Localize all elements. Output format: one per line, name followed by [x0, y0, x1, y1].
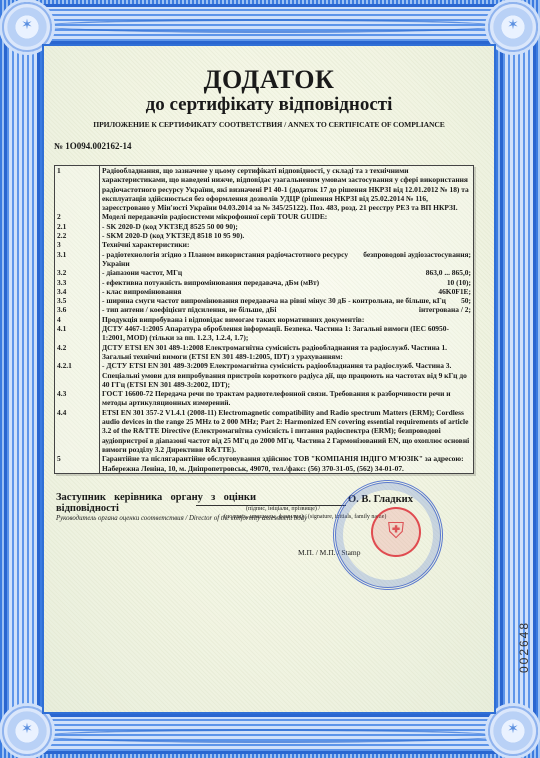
document-subtitle: до сертифікату відповідності: [56, 94, 482, 116]
row-text: - діапазони частот, МГц863,0 ... 865,0;: [100, 268, 474, 277]
table-row: 5Гарантійне та післягарантійне обслугову…: [55, 454, 474, 473]
row-number: 3: [55, 240, 100, 249]
row-value: інтегрована / 2;: [419, 305, 471, 314]
row-text: Технічні характеристики:: [100, 240, 474, 249]
row-text: ДСТУ 4467-1:2005 Апаратура оброблення ін…: [100, 324, 474, 343]
table-row: 3.4- клас випромінювання46K0F1E;: [55, 287, 474, 296]
ornament-band-left: [4, 40, 40, 718]
row-number: 2: [55, 212, 100, 221]
table-row: 2.2- SKM 2020-D (код УКТЗЕД 8518 10 95 9…: [55, 231, 474, 240]
table-row: 3.3- ефективна потужність випромінювання…: [55, 278, 474, 287]
row-value: 46K0F1E;: [438, 287, 471, 296]
row-number: 4.1: [55, 324, 100, 343]
row-number: 2.2: [55, 231, 100, 240]
row-number: 3.4: [55, 287, 100, 296]
row-number: 1: [55, 166, 100, 213]
certificate-number: № 1О094.002162-14: [54, 141, 482, 151]
table-row: 4.4ETSI EN 301 357-2 V1.4.1 (2008-11) El…: [55, 408, 474, 454]
row-number: 3.2: [55, 268, 100, 277]
row-value: 50;: [461, 296, 471, 305]
row-number: 3.1: [55, 250, 100, 269]
ornament-band-top: [40, 4, 500, 44]
row-number: 5: [55, 454, 100, 473]
row-number: 4.4: [55, 408, 100, 454]
row-text: - клас випромінювання46K0F1E;: [100, 287, 474, 296]
row-text: Продукція випробувана і відповідає вимог…: [100, 315, 474, 324]
row-value: 10 (10);: [447, 278, 471, 287]
row-text: - ширина смуги частот випромінювання пер…: [100, 296, 474, 305]
row-value: безпроводові аудіозастосування;: [363, 250, 471, 269]
document-title: ДОДАТОК: [56, 66, 482, 94]
row-text: Моделі передавачів радіосистеми мікрофон…: [100, 212, 474, 221]
ornament-band-right: [500, 40, 536, 718]
row-number: 4: [55, 315, 100, 324]
row-text: Радіообладнання, що зазначене у цьому се…: [100, 166, 474, 213]
row-number: 2.1: [55, 222, 100, 231]
table-row: 4.2ДСТУ ETSI EN 301 489-1:2008 Електрома…: [55, 343, 474, 362]
row-text: ДСТУ ETSI EN 301 489-1:2008 Електромагні…: [100, 343, 474, 362]
table-row: 4.2.1- ДСТУ ETSI EN 301 489-3:2009 Елект…: [55, 361, 474, 389]
row-text: Гарантійне та післягарантійне обслуговув…: [100, 454, 474, 473]
table-row: 3.1- радіотехнологія згідно з Планом вик…: [55, 250, 474, 269]
table-row: 3.6- тип антени / коефіцієнт підсилення,…: [55, 305, 474, 314]
specification-table: 1Радіообладнання, що зазначене у цьому с…: [54, 165, 474, 474]
row-text: - радіотехнологія згідно з Планом викори…: [100, 250, 474, 269]
row-number: 4.2: [55, 343, 100, 362]
table-row: 3.5- ширина смуги частот випромінювання …: [55, 296, 474, 305]
table-row: 2.1- SK 2020-D (код УКТЗЕД 8525 50 00 90…: [55, 222, 474, 231]
table-row: 4Продукція випробувана і відповідає вимо…: [55, 315, 474, 324]
table-row: 3Технічні характеристики:: [55, 240, 474, 249]
table-row: 4.1ДСТУ 4467-1:2005 Апаратура оброблення…: [55, 324, 474, 343]
certificate-paper: ДОДАТОК до сертифікату відповідності ПРИ…: [42, 44, 496, 714]
row-text: - SKM 2020-D (код УКТЗЕД 8518 10 95 90).: [100, 231, 474, 240]
serial-number: 002648: [517, 621, 531, 673]
row-text: - ДСТУ ETSI EN 301 489-3:2009 Електромаг…: [100, 361, 474, 389]
ornament-band-bottom: [40, 714, 500, 754]
row-number: 4.2.1: [55, 361, 100, 389]
row-text: - SK 2020-D (код УКТЗЕД 8525 50 00 90);: [100, 222, 474, 231]
table-row: 1Радіообладнання, що зазначене у цьому с…: [55, 166, 474, 213]
red-coat-of-arms-stamp: [371, 507, 421, 557]
signature-caption-uk: (підпис, ініціали, прізвище) /: [246, 506, 320, 512]
row-number: 4.3: [55, 389, 100, 408]
table-row: 3.2- діапазони частот, МГц863,0 ... 865,…: [55, 268, 474, 277]
table-row: 4.3ГОСТ 16600-72 Передача речи по тракта…: [55, 389, 474, 408]
row-text: - ефективна потужність випромінювання пе…: [100, 278, 474, 287]
row-text: ETSI EN 301 357-2 V1.4.1 (2008-11) Elect…: [100, 408, 474, 454]
row-number: 3.6: [55, 305, 100, 314]
table-row: 2Моделі передавачів радіосистеми мікрофо…: [55, 212, 474, 221]
annex-line: ПРИЛОЖЕНИЕ К СЕРТИФИКАТУ СООТВЕТСТВИЯ / …: [56, 120, 482, 129]
row-number: 3.3: [55, 278, 100, 287]
row-number: 3.5: [55, 296, 100, 305]
row-text: ГОСТ 16600-72 Передача речи по трактам р…: [100, 389, 474, 408]
signatory-role: Заступник керівника органу з оцінки відп…: [56, 492, 256, 514]
row-value: 863,0 ... 865,0;: [426, 268, 471, 277]
row-text: - тип антени / коефіцієнт підсилення, не…: [100, 305, 474, 314]
